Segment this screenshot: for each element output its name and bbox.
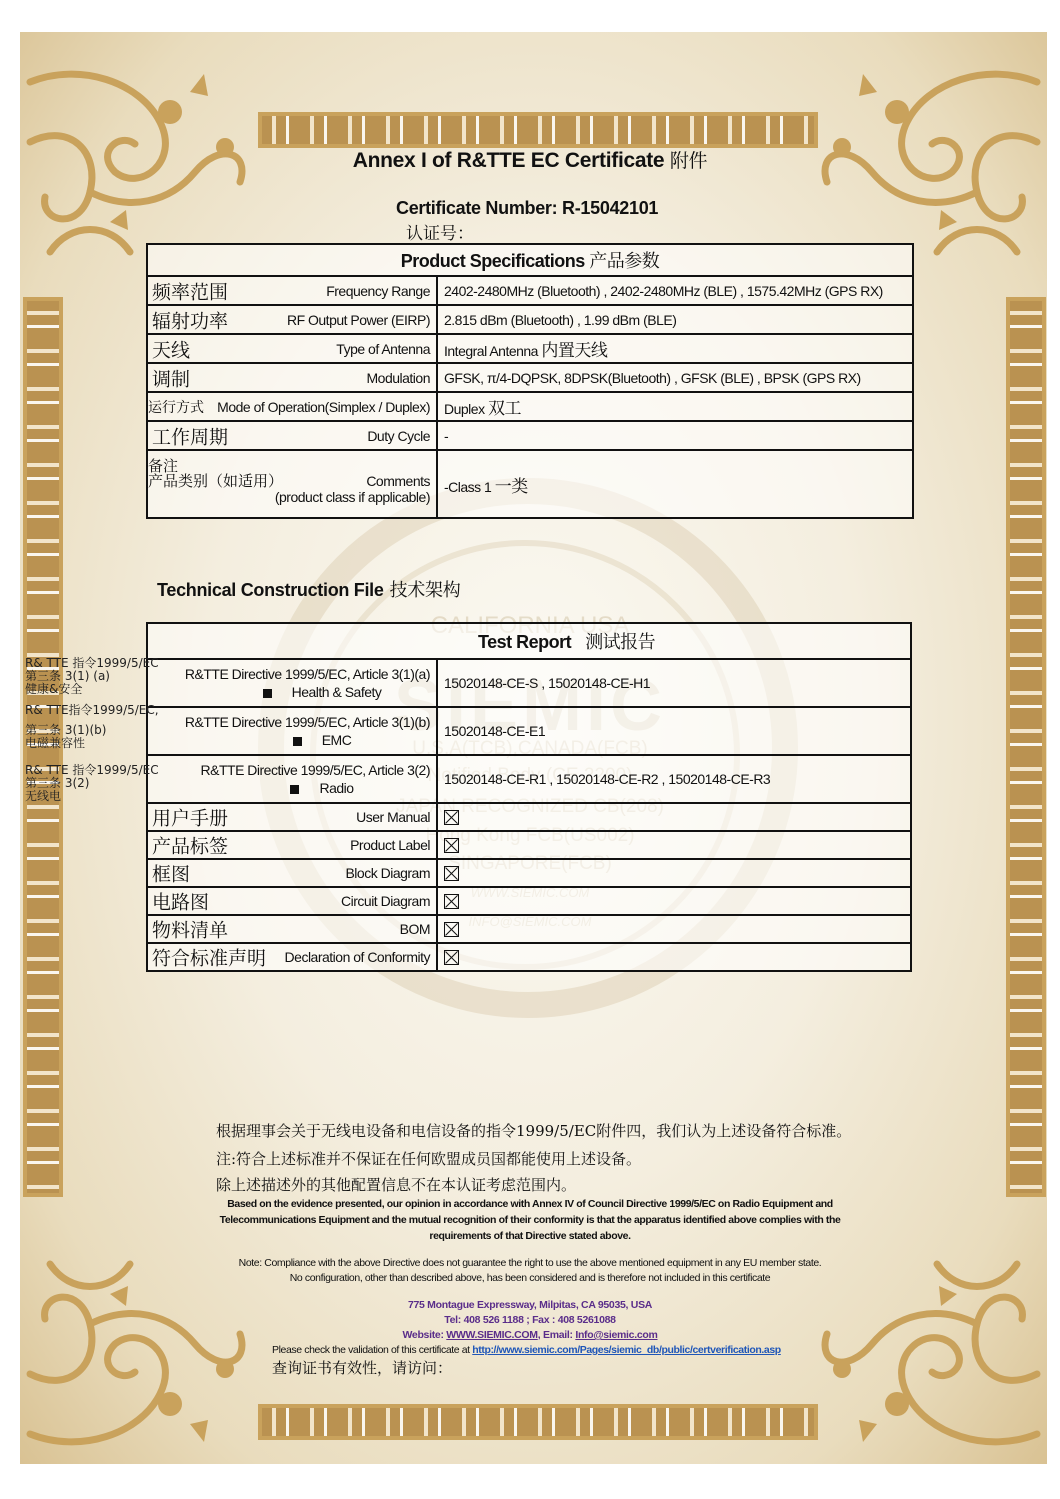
document-label: Block Diagram [154, 865, 430, 881]
side-note-emc: R& TTE指令1999/5/EC, 第三条 3(1)(b) 电磁兼容性 [25, 704, 159, 750]
bullet-icon [293, 737, 302, 746]
title-text: Annex I of R&TTE EC Certificate [353, 149, 665, 172]
spec-label-cn: 天线 [152, 335, 190, 362]
checked-box-icon [444, 950, 459, 965]
technical-construction-file-table: Test Report测试报告 R&TTE Directive 1999/5/E… [146, 622, 912, 972]
checked-box-icon [444, 810, 459, 825]
spec-label: Modulation [154, 370, 430, 386]
directive-row-emc: R&TTE Directive 1999/5/EC, Article 3(1)(… [147, 707, 911, 755]
checked-box-icon [444, 894, 459, 909]
document-label-cn: 符合标准声明 [152, 944, 266, 971]
tcf-heading: Technical Construction File技术架构 [157, 576, 460, 602]
document-row-user-manual: 用户手册User Manual [147, 803, 911, 831]
product-specifications-table: Product Specifications 产品参数 频率范围Frequenc… [146, 243, 914, 519]
ornamental-border-bottom [258, 1404, 818, 1440]
certificate-number-cn: 认证号： [406, 219, 474, 244]
spec-value-cn: 内置天线 [541, 341, 607, 361]
spec-row-antenna-type: 天线Type of Antenna Integral Antenna 内置天线 [147, 334, 913, 363]
spec-label-cn: 调制 [152, 364, 190, 391]
bullet-icon [263, 689, 272, 698]
certificate-number: Certificate Number: R-15042101 [396, 198, 658, 219]
spec-row-mode-of-operation: 运行方式Mode of Operation(Simplex / Duplex) … [147, 392, 913, 421]
directive-sub: Radio [319, 780, 353, 796]
spec-value: Duplex [444, 401, 485, 417]
checked-box-icon [444, 838, 459, 853]
spec-row-rf-output-power: 辐射功率RF Output Power (EIRP) 2.815 dBm (Bl… [147, 305, 913, 334]
directive-label: R&TTE Directive 1999/5/EC, Article 3(2) [201, 762, 430, 778]
spec-row-comments: 备注产品类别（如适用） Comments (product class if a… [147, 450, 913, 518]
spec-value: 2.815 dBm (Bluetooth) , 1.99 dBm (BLE) [444, 312, 676, 328]
statement-cn-2: 注:符合上述标准并不保证在任何欧盟成员国都能使用上述设备。 [216, 1148, 641, 1169]
verification-text-cn: 查询证书有效性，请访问： [272, 1357, 452, 1378]
test-report-ids: 15020148-CE-R1 , 15020148-CE-R2 , 150201… [444, 771, 770, 787]
spec-table-header: Product Specifications 产品参数 [147, 244, 913, 276]
spec-value-cn: 一类 [495, 477, 528, 497]
website-link[interactable]: WWW.SIEMIC.COM [446, 1329, 537, 1341]
verification-link[interactable]: http://www.siemic.com/Pages/siemic_db/pu… [472, 1344, 781, 1356]
ornamental-border-right [1006, 297, 1046, 1197]
test-report-header: Test Report测试报告 [147, 623, 911, 659]
spec-row-modulation: 调制Modulation GFSK, π/4-DQPSK, 8DPSK(Blue… [147, 363, 913, 392]
spec-row-duty-cycle: 工作周期Duty Cycle - [147, 421, 913, 450]
spec-value: -Class 1 [444, 479, 491, 495]
spec-value: - [444, 428, 448, 444]
compliance-note: Note: Compliance with the above Directiv… [220, 1256, 840, 1286]
checked-box-icon [444, 866, 459, 881]
checked-box-icon [444, 922, 459, 937]
document-label-cn: 电路图 [152, 888, 209, 915]
directive-label: R&TTE Directive 1999/5/EC, Article 3(1)(… [185, 666, 430, 682]
directive-row-health-safety: R&TTE Directive 1999/5/EC, Article 3(1)(… [147, 659, 911, 707]
spec-value: GFSK, π/4-DQPSK, 8DPSK(Bluetooth) , GFSK… [444, 370, 861, 386]
directive-sub: Health & Safety [292, 684, 382, 700]
spec-label-cn: 辐射功率 [152, 306, 228, 333]
document-row-declaration-of-conformity: 符合标准声明Declaration of Conformity [147, 943, 911, 971]
spec-value: Integral Antenna [444, 343, 538, 359]
directive-sub: EMC [322, 732, 352, 748]
document-row-circuit-diagram: 电路图Circuit Diagram [147, 887, 911, 915]
ornamental-border-top [258, 112, 818, 148]
statement-cn-3: 除上述描述外的其他配置信息不在本认证考虑范围内。 [216, 1174, 576, 1195]
corner-flourish-icon [20, 1224, 250, 1464]
spec-label-sub: (product class if applicable) [154, 489, 430, 505]
test-report-ids: 15020148-CE-S , 15020148-CE-H1 [444, 675, 650, 691]
document-row-product-label: 产品标签Product Label [147, 831, 911, 859]
spec-label-cn: 工作周期 [152, 422, 228, 449]
bullet-icon [290, 785, 299, 794]
document-label-cn: 物料清单 [152, 916, 228, 943]
document-label-cn: 用户手册 [152, 804, 228, 831]
spec-label-cn: 频率范围 [152, 277, 228, 304]
spec-value: 2402-2480MHz (Bluetooth) , 2402-2480MHz … [444, 283, 883, 299]
footer-phone: Tel: 408 526 1188 ; Fax : 408 5261088 [330, 1314, 730, 1326]
statement-cn-1: 根据理事会关于无线电设备和电信设备的指令1999/5/EC附件四，我们认为上述设… [216, 1120, 851, 1141]
side-note-radio: R& TTE 指令1999/5/EC 第三条 3(2) 无线电 [25, 764, 159, 803]
spec-label-cn: 运行方式 [148, 397, 204, 417]
spec-label: Type of Antenna [154, 341, 430, 357]
conformity-opinion: Based on the evidence presented, our opi… [200, 1196, 860, 1244]
directive-row-radio: R&TTE Directive 1999/5/EC, Article 3(2)R… [147, 755, 911, 803]
verification-text: Please check the validation of this cert… [272, 1344, 781, 1356]
corner-flourish-icon [817, 1224, 1047, 1464]
side-note-health-safety: R& TTE 指令1999/5/EC 第三条 3(1) (a) 健康&安全 [25, 657, 159, 696]
directive-label: R&TTE Directive 1999/5/EC, Article 3(1)(… [185, 714, 430, 730]
test-report-ids: 15020148-CE-E1 [444, 723, 545, 739]
title-text-cn: 附件 [670, 150, 707, 172]
document-label-cn: 框图 [152, 860, 190, 887]
footer-address: 775 Montague Expressway, Milpitas, CA 95… [330, 1299, 730, 1311]
page-title: Annex I of R&TTE EC Certificate 附件 [0, 146, 1060, 173]
email-link[interactable]: Info@siemic.com [575, 1329, 657, 1341]
document-row-bom: 物料清单BOM [147, 915, 911, 943]
spec-row-frequency-range: 频率范围Frequency Range 2402-2480MHz (Blueto… [147, 276, 913, 305]
document-label-cn: 产品标签 [152, 832, 228, 859]
spec-label-cn: 备注产品类别（如适用） [148, 459, 283, 489]
spec-value-cn: 双工 [488, 399, 521, 419]
document-row-block-diagram: 框图Block Diagram [147, 859, 911, 887]
footer-contact: Website: WWW.SIEMIC.COM, Email: Info@sie… [330, 1329, 730, 1341]
